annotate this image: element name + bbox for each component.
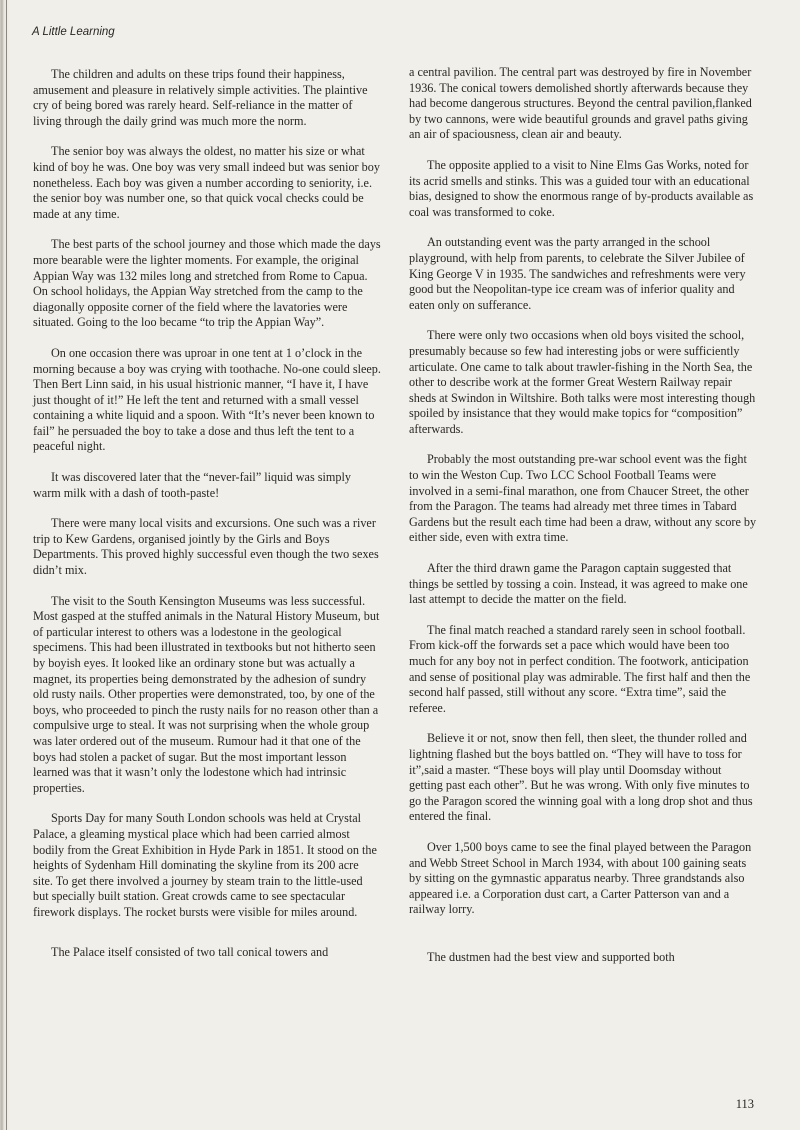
page-number: 113 [736,1097,754,1112]
binding-line [6,0,7,1130]
page-binding-edge [0,0,10,1130]
paragraph: Believe it or not, snow then fell, then … [409,731,757,825]
paragraph: The Palace itself consisted of two tall … [33,945,381,961]
paragraph: Probably the most outstanding pre-war sc… [409,452,757,546]
paragraph: It was discovered later that the “never-… [33,470,381,501]
paragraph: There were many local visits and excursi… [33,516,381,578]
paragraph: The best parts of the school journey and… [33,237,381,331]
running-head: A Little Learning [32,26,115,38]
right-column: a central pavilion. The central part was… [409,65,757,981]
paragraph: The children and adults on these trips f… [33,67,381,129]
paragraph: Over 1,500 boys came to see the final pl… [409,840,757,918]
left-column: The children and adults on these trips f… [33,67,381,975]
paragraph: The dustmen had the best view and suppor… [409,950,757,966]
paragraph: There were only two occasions when old b… [409,328,757,437]
paragraph: Sports Day for many South London schools… [33,811,381,920]
paragraph: The opposite applied to a visit to Nine … [409,158,757,220]
paragraph: The visit to the South Kensington Museum… [33,594,381,797]
paragraph-continued: a central pavilion. The central part was… [409,65,757,143]
paragraph: The senior boy was always the oldest, no… [33,144,381,222]
paragraph: An outstanding event was the party arran… [409,235,757,313]
paragraph: On one occasion there was uproar in one … [33,346,381,455]
paragraph: After the third drawn game the Paragon c… [409,561,757,608]
paragraph: The final match reached a standard rarel… [409,623,757,717]
